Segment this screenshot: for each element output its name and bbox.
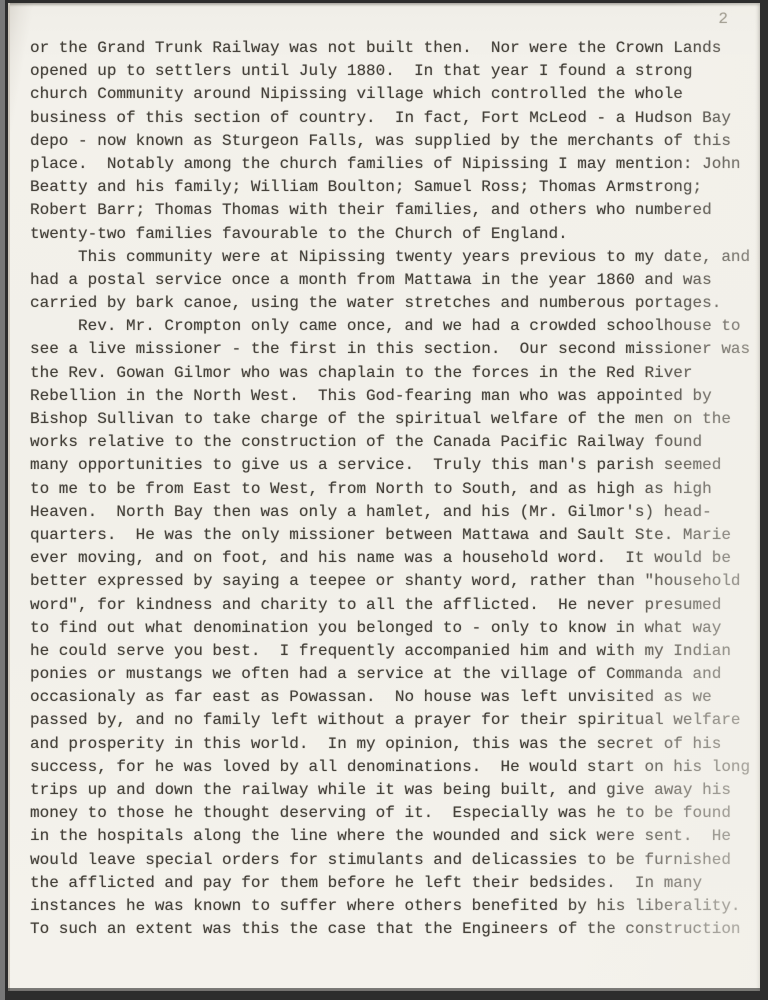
text-line: money to those he thought deserving of i… <box>30 802 760 825</box>
text-line: the Rev. Gowan Gilmor who was chaplain t… <box>30 362 760 385</box>
text-line: or the Grand Trunk Railway was not built… <box>30 37 760 60</box>
text-line: depo - now known as Sturgeon Falls, was … <box>30 130 760 153</box>
text-line: better expressed by saying a teepee or s… <box>30 570 760 593</box>
text-line: had a postal service once a month from M… <box>30 269 760 292</box>
text-line: success, for he was loved by all denomin… <box>30 756 760 779</box>
page-bottom-edge-shadow <box>8 988 760 991</box>
text-line: opened up to settlers until July 1880. I… <box>30 60 760 83</box>
text-line: church Community around Nipissing villag… <box>30 83 760 106</box>
text-line: trips up and down the railway while it w… <box>30 779 760 802</box>
text-line: to me to be from East to West, from Nort… <box>30 478 760 501</box>
paragraph-opening: or the Grand Trunk Railway was not built… <box>30 37 760 246</box>
document-page: 2 or the Grand Trunk Railway was not bui… <box>8 3 760 991</box>
text-line: see a live missioner - the first in this… <box>30 338 760 361</box>
text-line: Robert Barr; Thomas Thomas with their fa… <box>30 199 760 222</box>
text-line: carried by bark canoe, using the water s… <box>30 292 760 315</box>
text-line: passed by, and no family left without a … <box>30 709 760 732</box>
text-line: would leave special orders for stimulant… <box>30 849 760 872</box>
text-line: to find out what denomination you belong… <box>30 617 760 640</box>
paragraph-postal-service: This community were at Nipissing twenty … <box>30 246 760 316</box>
text-line: the afflicted and pay for them before he… <box>30 872 760 895</box>
text-line: Heaven. North Bay then was only a hamlet… <box>30 501 760 524</box>
text-line: Bishop Sullivan to take charge of the sp… <box>30 408 760 431</box>
text-line: business of this section of country. In … <box>30 107 760 130</box>
text-line: Beatty and his family; William Boulton; … <box>30 176 760 199</box>
text-line: works relative to the construction of th… <box>30 431 760 454</box>
scan-border: 2 or the Grand Trunk Railway was not bui… <box>0 0 768 1000</box>
text-line: quarters. He was the only missioner betw… <box>30 524 760 547</box>
text-line: Rev. Mr. Crompton only came once, and we… <box>30 315 760 338</box>
text-line: word", for kindness and charity to all t… <box>30 594 760 617</box>
text-line: occasionaly as far east as Powassan. No … <box>30 686 760 709</box>
text-line: instances he was known to suffer where o… <box>30 895 760 918</box>
text-line: twenty-two families favourable to the Ch… <box>30 223 760 246</box>
text-line: place. Notably among the church families… <box>30 153 760 176</box>
text-line: This community were at Nipissing twenty … <box>30 246 760 269</box>
text-line: and prosperity in this world. In my opin… <box>30 733 760 756</box>
text-line: he could serve you best. I frequently ac… <box>30 640 760 663</box>
document-body: or the Grand Trunk Railway was not built… <box>30 37 760 941</box>
text-line: Rebellion in the North West. This God-fe… <box>30 385 760 408</box>
text-line: ever moving, and on foot, and his name w… <box>30 547 760 570</box>
text-line: in the hospitals along the line where th… <box>30 825 760 848</box>
text-line: many opportunities to give us a service.… <box>30 454 760 477</box>
text-line: ponies or mustangs we often had a servic… <box>30 663 760 686</box>
text-line: To such an extent was this the case that… <box>30 918 760 941</box>
page-number: 2 <box>718 10 728 28</box>
paragraph-missioners: Rev. Mr. Crompton only came once, and we… <box>30 315 760 941</box>
